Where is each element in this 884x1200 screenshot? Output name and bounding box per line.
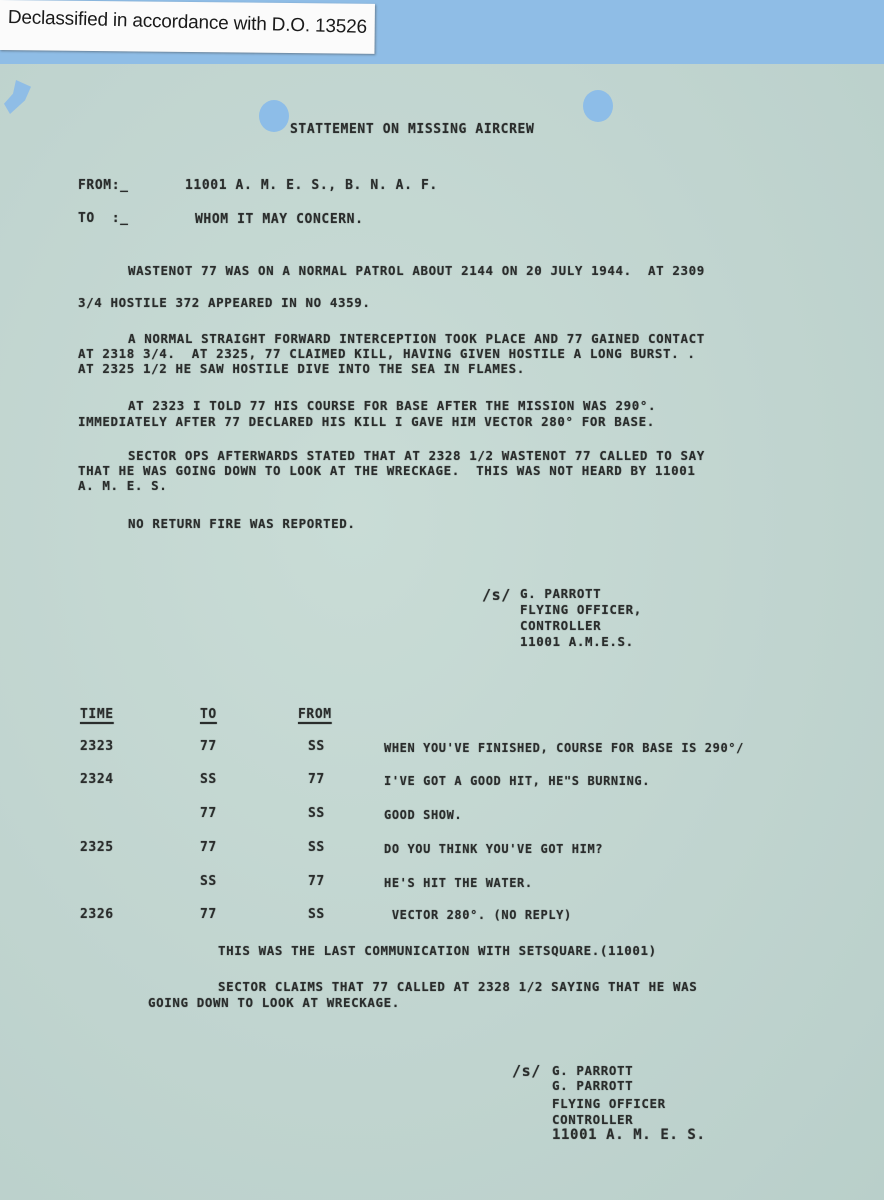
to-value: WHOM IT MAY CONCERN. xyxy=(195,212,364,227)
log-to: 77 xyxy=(200,907,217,922)
log-message: HE'S HIT THE WATER. xyxy=(384,876,533,890)
log-message: WHEN YOU'VE FINISHED, COURSE FOR BASE IS… xyxy=(384,741,744,755)
signature-2-line-2: G. PARROTT xyxy=(552,1078,633,1093)
signature-1-line-3: CONTROLLER xyxy=(520,618,601,633)
signature-2-line-4: CONTROLLER xyxy=(552,1112,633,1127)
log-to: SS xyxy=(200,874,217,889)
paragraph-2-line-1: A NORMAL STRAIGHT FORWARD INTERCEPTION T… xyxy=(128,331,705,346)
document-title: STATTEMENT ON MISSING AIRCREW xyxy=(290,122,534,137)
paragraph-5-line-1: NO RETURN FIRE WAS REPORTED. xyxy=(128,516,356,531)
log-from: SS xyxy=(308,739,325,754)
log-message: GOOD SHOW. xyxy=(384,808,462,822)
log-header-time: TIME xyxy=(80,707,114,722)
log-to: 77 xyxy=(200,806,217,821)
log-to: SS xyxy=(200,772,217,787)
log-from: 77 xyxy=(308,772,325,787)
log-header-to: TO xyxy=(200,707,217,722)
paragraph-4-line-2: THAT HE WAS GOING DOWN TO LOOK AT THE WR… xyxy=(78,463,696,478)
paragraph-4-line-1: SECTOR OPS AFTERWARDS STATED THAT AT 232… xyxy=(128,448,705,463)
signature-2-prefix: /s/ xyxy=(512,1064,541,1079)
log-time: 2325 xyxy=(80,840,114,855)
punch-hole-left xyxy=(259,100,289,132)
log-time: 2323 xyxy=(80,739,114,754)
log-message: VECTOR 280°. (NO REPLY) xyxy=(384,908,572,922)
declassified-stamp: Declassified in accordance with D.O. 135… xyxy=(0,0,375,54)
log-from: SS xyxy=(308,840,325,855)
log-to: 77 xyxy=(200,840,217,855)
sector-claim-line-2: GOING DOWN TO LOOK AT WRECKAGE. xyxy=(148,995,400,1010)
from-label: FROM:_ xyxy=(78,178,129,193)
from-value: 11001 A. M. E. S., B. N. A. F. xyxy=(185,178,438,193)
log-from: SS xyxy=(308,806,325,821)
log-message: I'VE GOT A GOOD HIT, HE"S BURNING. xyxy=(384,774,650,788)
signature-1-line-1: G. PARROTT xyxy=(520,586,601,601)
punch-hole-right xyxy=(583,90,613,122)
signature-1-prefix: /s/ xyxy=(482,588,511,603)
sector-claim-line-1: SECTOR CLAIMS THAT 77 CALLED AT 2328 1/2… xyxy=(218,979,697,994)
paragraph-2-line-3: AT 2325 1/2 HE SAW HOSTILE DIVE INTO THE… xyxy=(78,361,525,376)
declassified-text: Declassified in accordance with D.O. 135… xyxy=(8,7,368,39)
log-message: DO YOU THINK YOU'VE GOT HIM? xyxy=(384,842,603,856)
paragraph-1-line-2: 3/4 HOSTILE 372 APPEARED IN NO 4359. xyxy=(78,295,371,310)
closing-note: THIS WAS THE LAST COMMUNICATION WITH SET… xyxy=(218,943,657,958)
log-from: SS xyxy=(308,907,325,922)
signature-2-line-5: 11001 A. M. E. S. xyxy=(552,1128,706,1143)
paragraph-3-line-2: IMMEDIATELY AFTER 77 DECLARED HIS KILL I… xyxy=(78,414,655,429)
signature-2-line-1: G. PARROTT xyxy=(552,1063,633,1078)
log-time: 2326 xyxy=(80,907,114,922)
paragraph-3-line-1: AT 2323 I TOLD 77 HIS COURSE FOR BASE AF… xyxy=(128,398,656,413)
signature-2-line-3: FLYING OFFICER xyxy=(552,1096,666,1111)
log-to: 77 xyxy=(200,739,217,754)
log-from: 77 xyxy=(308,874,325,889)
paragraph-4-line-3: A. M. E. S. xyxy=(78,478,167,493)
to-label: TO :_ xyxy=(78,211,129,226)
signature-1-line-4: 11001 A.M.E.S. xyxy=(520,634,634,649)
document-page xyxy=(0,64,884,1200)
log-time: 2324 xyxy=(80,772,114,787)
paragraph-1-line-1: WASTENOT 77 WAS ON A NORMAL PATROL ABOUT… xyxy=(128,263,705,278)
log-header-from: FROM xyxy=(298,707,332,722)
paragraph-2-line-2: AT 2318 3/4. AT 2325, 77 CLAIMED KILL, H… xyxy=(78,346,696,361)
signature-1-line-2: FLYING OFFICER, xyxy=(520,602,642,617)
